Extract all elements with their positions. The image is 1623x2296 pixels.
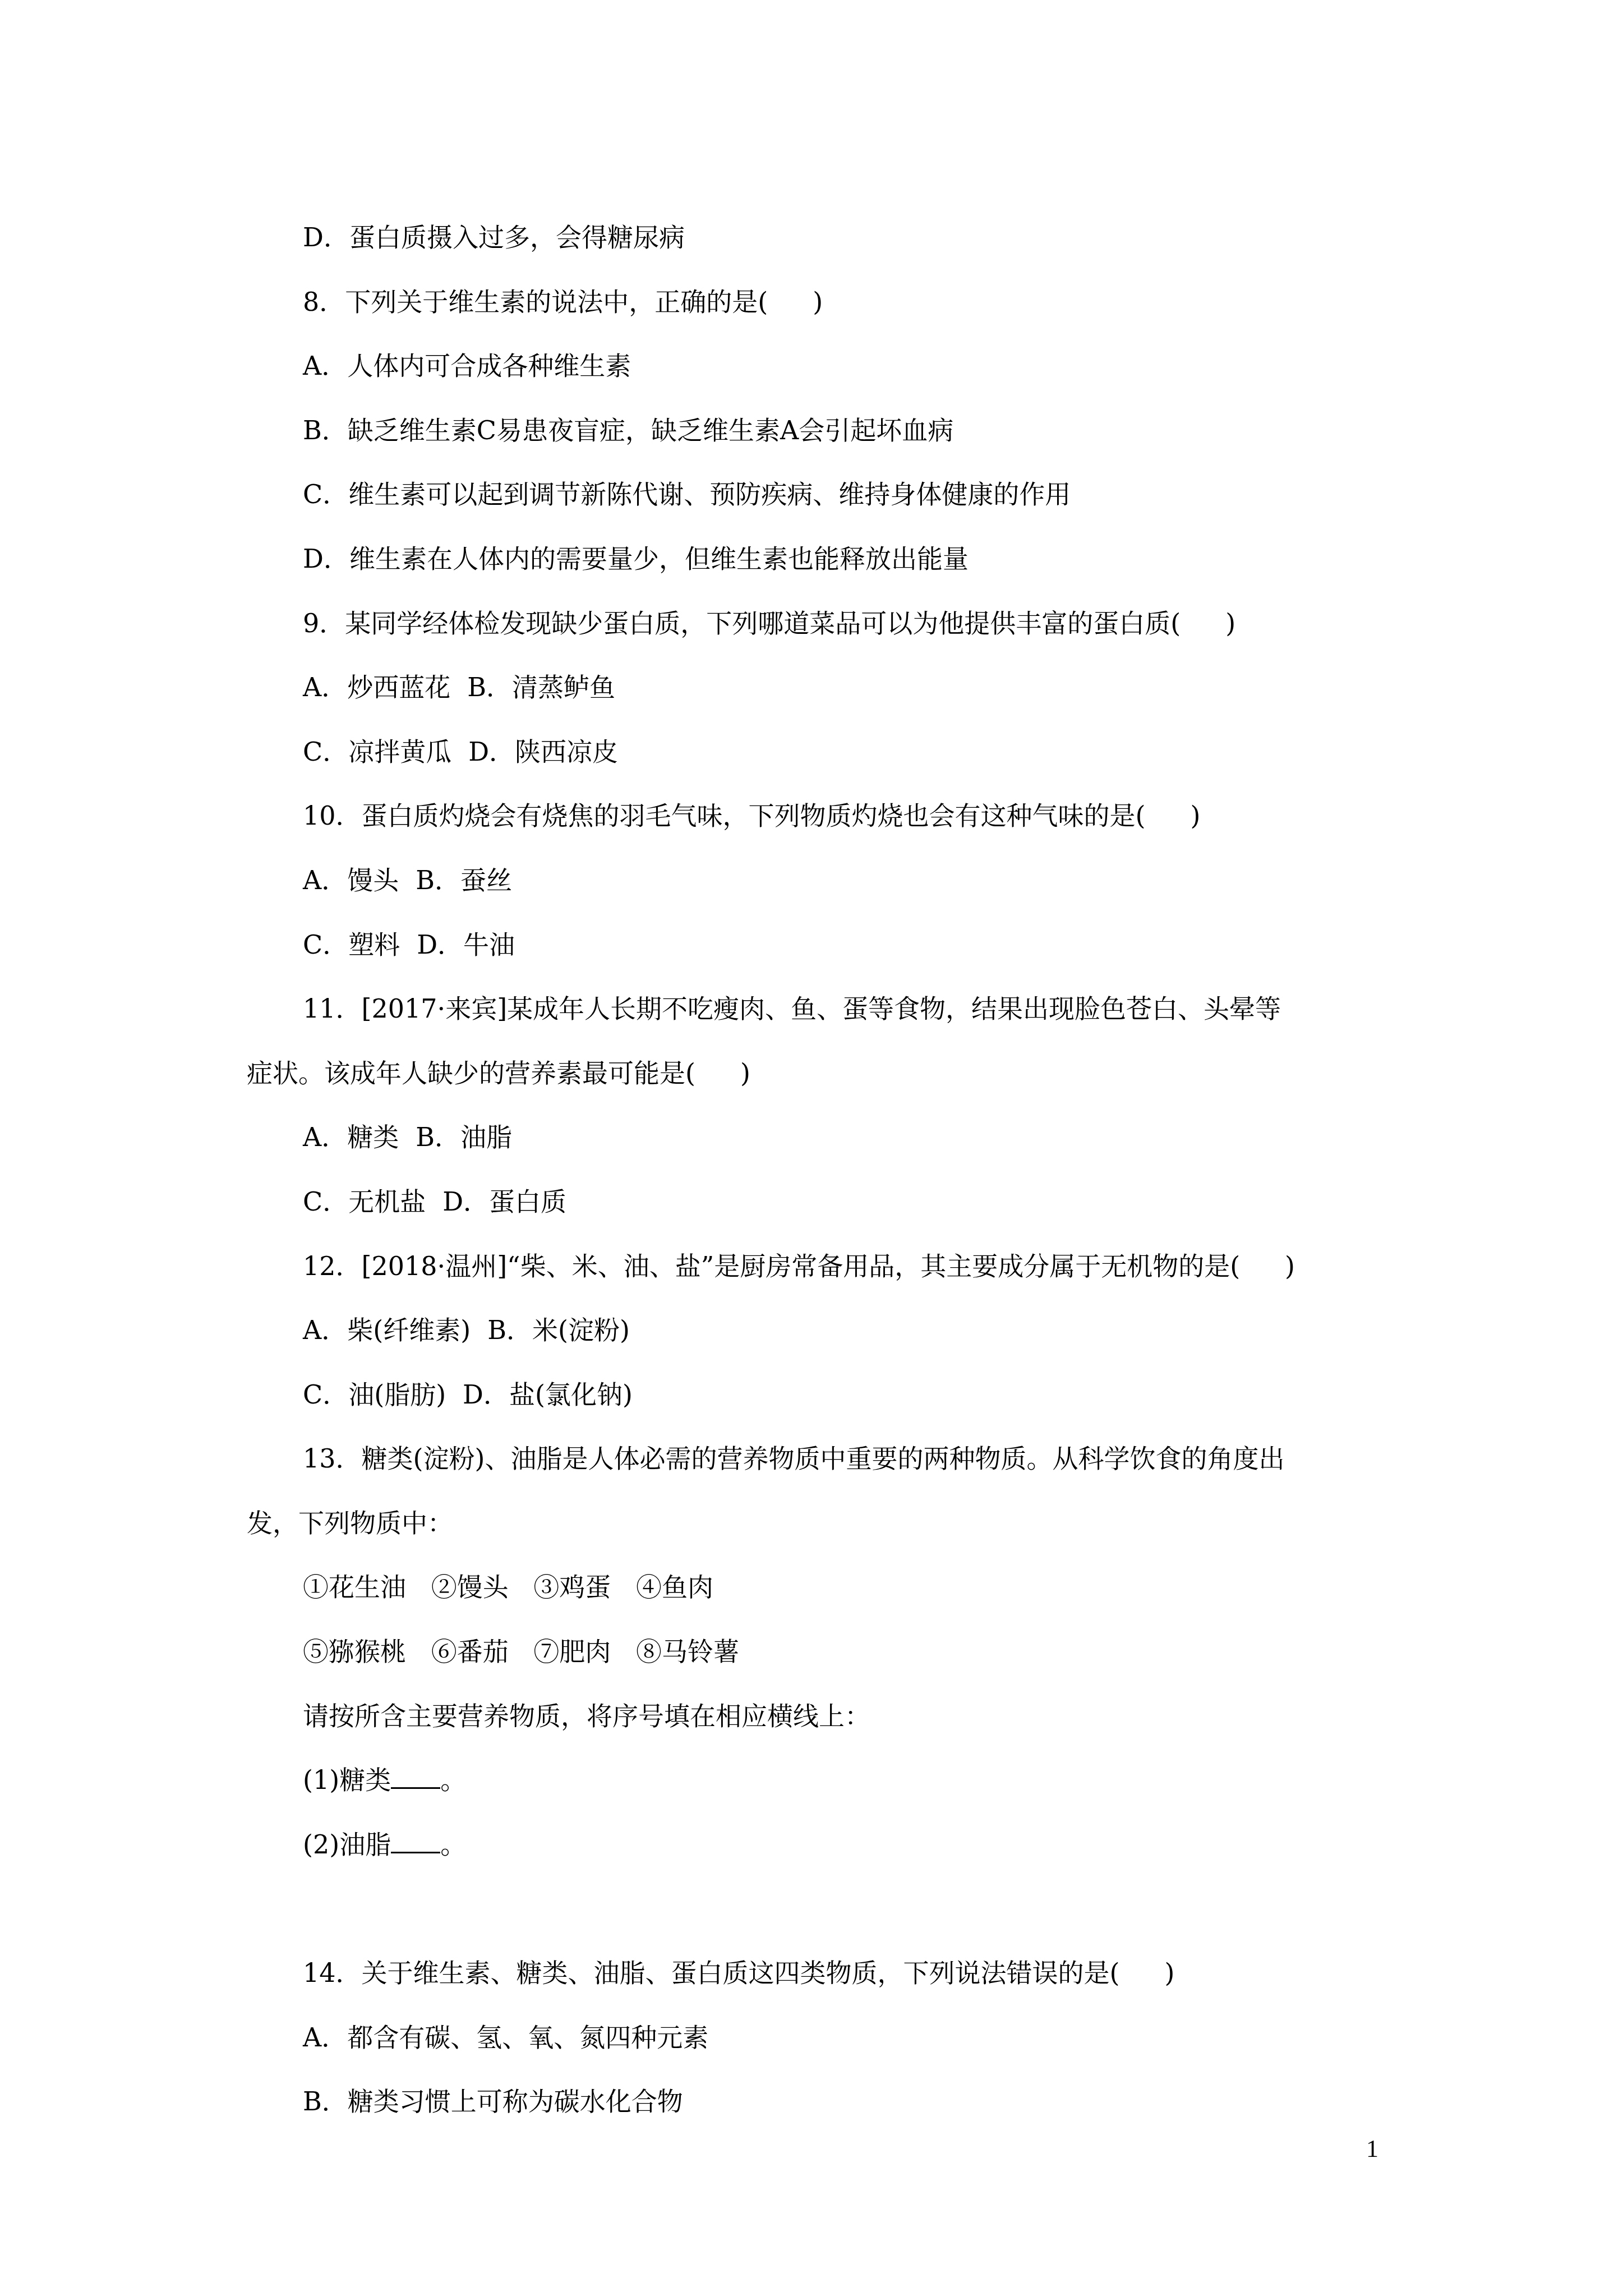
q13-blank-1-label: (1)糖类 <box>303 1765 391 1795</box>
q9-option-b: B．清蒸鲈鱼 <box>467 672 615 702</box>
q8-stem-text: 8．下列关于维生素的说法中，正确的是( <box>303 287 768 317</box>
q13-item-4: ④鱼肉 <box>636 1572 713 1602</box>
q13-blank-2: (2)油脂。 <box>247 1812 1380 1877</box>
q9-option-c: C．凉拌黄瓜 <box>303 737 451 767</box>
q14-option-a: A．都含有碳、氢、氧、氮四种元素 <box>247 2005 1380 2070</box>
q11-options-row2: C．无机盐D．蛋白质 <box>247 1170 1380 1234</box>
q13-answer-line-1[interactable] <box>391 1768 440 1789</box>
q13-item-2: ②馒头 <box>431 1572 509 1602</box>
q9-stem-close: ) <box>1225 608 1235 638</box>
q10-stem-text: 10．蛋白质灼烧会有烧焦的羽毛气味，下列物质灼烧也会有这种气味的是( <box>303 800 1145 831</box>
q10-options-row2: C．塑料D．牛油 <box>247 913 1380 977</box>
document-page: D．蛋白质摄入过多，会得糖尿病 8．下列关于维生素的说法中，正确的是() A．人… <box>247 205 1380 2134</box>
q12-option-b: B．米(淀粉) <box>487 1315 630 1345</box>
q10-stem: 10．蛋白质灼烧会有烧焦的羽毛气味，下列物质灼烧也会有这种气味的是() <box>247 784 1380 848</box>
q13-item-8: ⑧马铃薯 <box>636 1636 739 1667</box>
q13-instruction: 请按所含主要营养物质，将序号填在相应横线上： <box>247 1684 1380 1749</box>
q13-item-1: ①花生油 <box>303 1572 406 1602</box>
q13-answer-line-2[interactable] <box>391 1833 440 1853</box>
q8-option-b: B．缺乏维生素C易患夜盲症，缺乏维生素A会引起坏血病 <box>247 398 1380 463</box>
q13-item-6: ⑥番茄 <box>431 1636 509 1667</box>
page-number: 1 <box>1366 2134 1378 2163</box>
q14-option-b: B．糖类习惯上可称为碳水化合物 <box>247 2069 1380 2134</box>
q11-option-d: D．蛋白质 <box>442 1186 566 1217</box>
q7-option-d: D．蛋白质摄入过多，会得糖尿病 <box>247 205 1380 270</box>
q10-options-row1: A．馒头B．蚕丝 <box>247 848 1380 913</box>
spacer <box>247 1876 1380 1941</box>
q12-stem-text: 12．[2018·温州]“柴、米、油、盐”是厨房常备用品，其主要成分属于无机物的… <box>303 1251 1240 1281</box>
q12-stem: 12．[2018·温州]“柴、米、油、盐”是厨房常备用品，其主要成分属于无机物的… <box>247 1234 1380 1299</box>
q10-option-b: B．蚕丝 <box>416 865 512 895</box>
q10-stem-close: ) <box>1190 800 1200 831</box>
q12-option-d: D．盐(氯化钠) <box>463 1379 633 1410</box>
q13-item-7: ⑦肥肉 <box>533 1636 611 1667</box>
q11-stem-text: 症状。该成年人缺少的营养素最可能是( <box>247 1058 695 1088</box>
q10-option-c: C．塑料 <box>303 930 400 960</box>
q13-items-row2: ⑤猕猴桃 ⑥番茄 ⑦肥肉 ⑧马铃薯 <box>247 1619 1380 1684</box>
q13-blank-2-end: 。 <box>440 1829 466 1860</box>
q11-option-b: B．油脂 <box>416 1122 512 1152</box>
q10-option-d: D．牛油 <box>417 930 515 960</box>
q13-item-3: ③鸡蛋 <box>533 1572 611 1602</box>
q8-option-d: D．维生素在人体内的需要量少，但维生素也能释放出能量 <box>247 527 1380 591</box>
q12-stem-close: ) <box>1285 1251 1295 1281</box>
q13-stem-line2: 发，下列物质中： <box>247 1491 1380 1556</box>
q11-option-c: C．无机盐 <box>303 1186 426 1217</box>
q12-option-a: A．柴(纤维素) <box>303 1315 471 1345</box>
q13-stem-line1: 13．糖类(淀粉)、油脂是人体必需的营养物质中重要的两种物质。从科学饮食的角度出 <box>247 1427 1380 1491</box>
q9-stem-text: 9．某同学经体检发现缺少蛋白质，下列哪道菜品可以为他提供丰富的蛋白质( <box>303 608 1181 638</box>
q9-stem: 9．某同学经体检发现缺少蛋白质，下列哪道菜品可以为他提供丰富的蛋白质() <box>247 591 1380 656</box>
q11-stem-line1: 11．[2017·来宾]某成年人长期不吃瘦肉、鱼、蛋等食物，结果出现脸色苍白、头… <box>247 977 1380 1041</box>
q8-stem: 8．下列关于维生素的说法中，正确的是() <box>247 270 1380 334</box>
q12-options-row1: A．柴(纤维素)B．米(淀粉) <box>247 1298 1380 1363</box>
q9-option-a: A．炒西蓝花 <box>303 672 450 702</box>
q13-item-5: ⑤猕猴桃 <box>303 1636 406 1667</box>
q10-option-a: A．馒头 <box>303 865 399 895</box>
q11-option-a: A．糖类 <box>303 1122 399 1152</box>
q12-option-c: C．油(脂肪) <box>303 1379 446 1410</box>
q8-option-a: A．人体内可合成各种维生素 <box>247 334 1380 398</box>
q13-blank-1-end: 。 <box>440 1765 466 1795</box>
q14-stem: 14．关于维生素、糖类、油脂、蛋白质这四类物质，下列说法错误的是() <box>247 1941 1380 2005</box>
q11-stem-line2: 症状。该成年人缺少的营养素最可能是() <box>247 1041 1380 1106</box>
q13-blank-1: (1)糖类。 <box>247 1748 1380 1812</box>
q9-option-d: D．陕西凉皮 <box>468 737 618 767</box>
q12-options-row2: C．油(脂肪)D．盐(氯化钠) <box>247 1363 1380 1427</box>
q9-options-row2: C．凉拌黄瓜D．陕西凉皮 <box>247 720 1380 784</box>
q11-options-row1: A．糖类B．油脂 <box>247 1105 1380 1170</box>
q14-stem-text: 14．关于维生素、糖类、油脂、蛋白质这四类物质，下列说法错误的是( <box>303 1958 1119 1988</box>
q14-stem-close: ) <box>1164 1958 1174 1988</box>
q8-stem-close: ) <box>813 287 823 317</box>
q11-stem-close: ) <box>740 1058 750 1088</box>
q9-options-row1: A．炒西蓝花B．清蒸鲈鱼 <box>247 655 1380 720</box>
q13-items-row1: ①花生油 ②馒头 ③鸡蛋 ④鱼肉 <box>247 1555 1380 1619</box>
q13-blank-2-label: (2)油脂 <box>303 1829 391 1860</box>
q8-option-c: C．维生素可以起到调节新陈代谢、预防疾病、维持身体健康的作用 <box>247 462 1380 527</box>
